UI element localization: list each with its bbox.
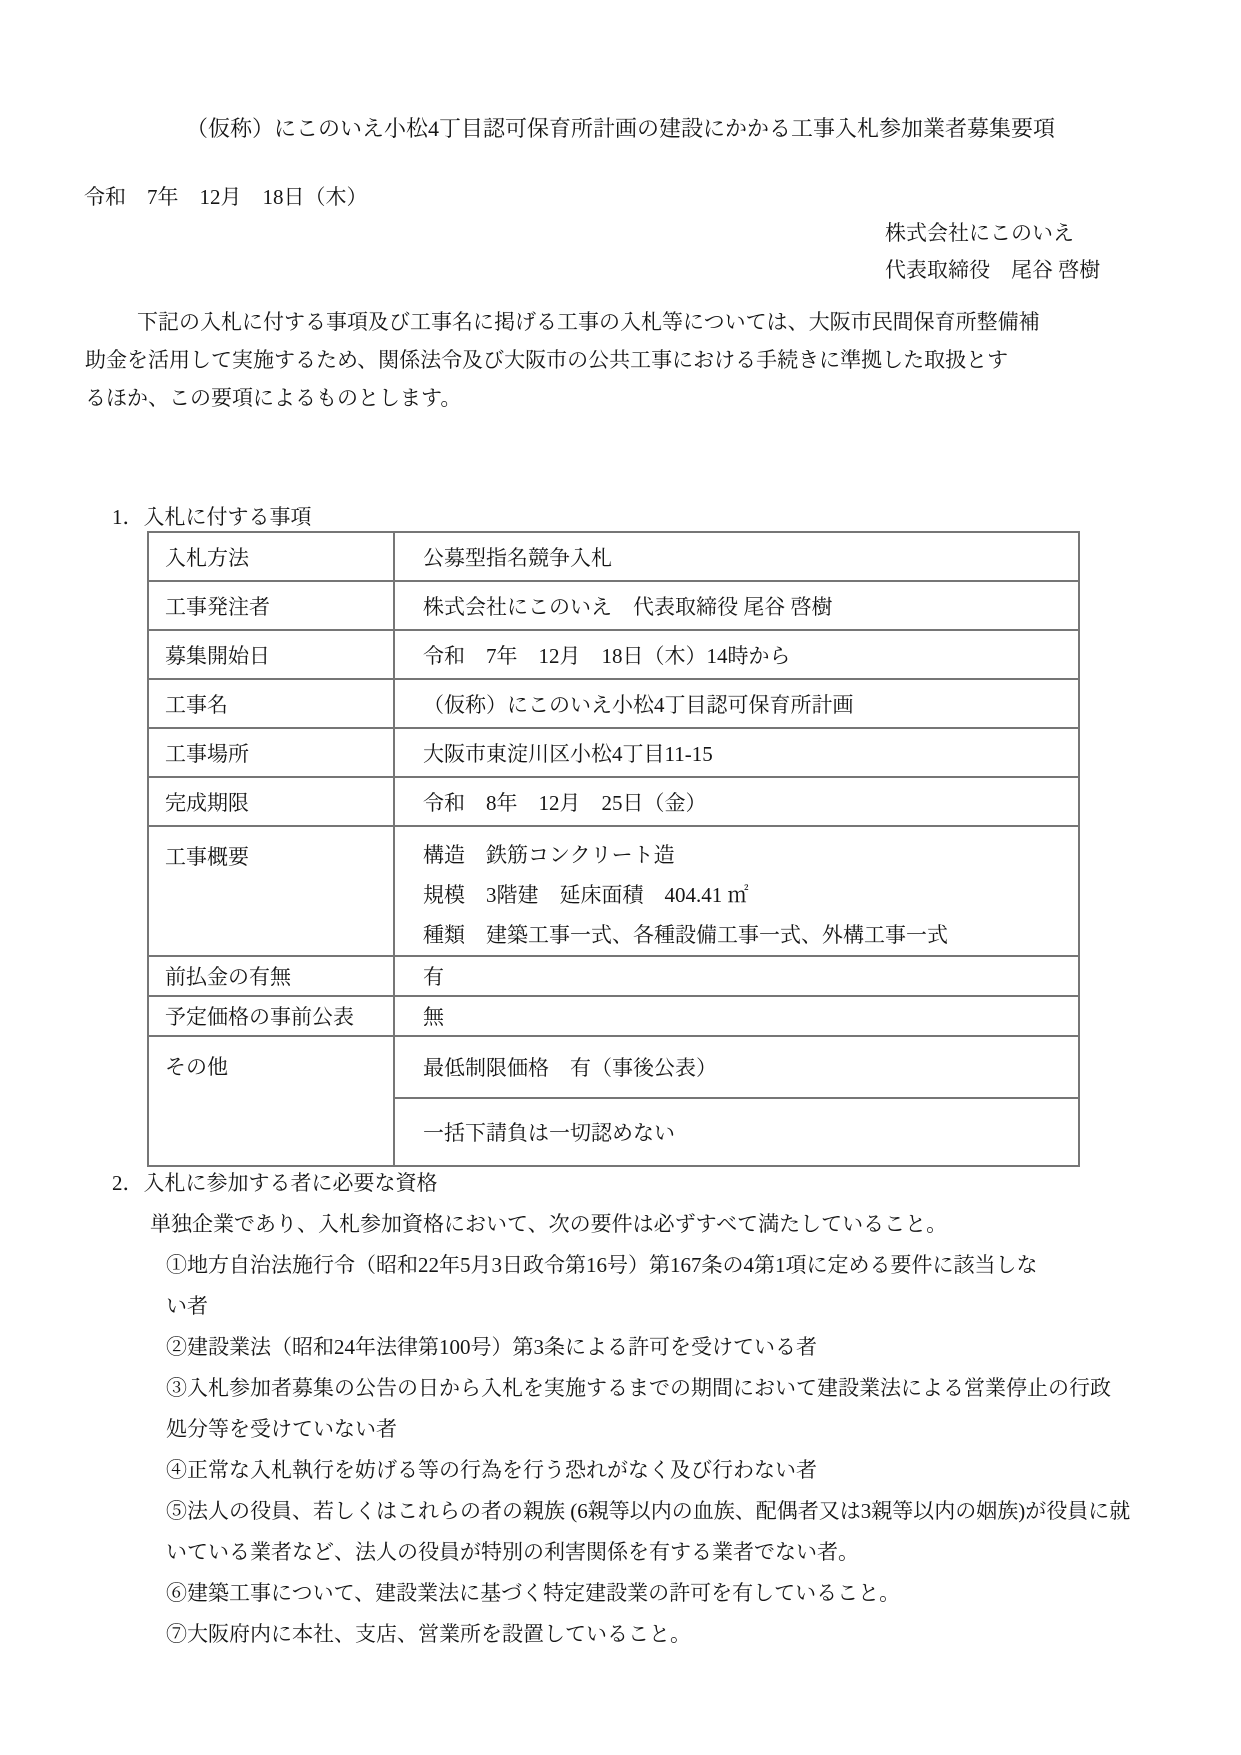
row-label: 予定価格の事前公表 (148, 996, 394, 1036)
table-row: その他 最低制限価格 有（事後公表） (148, 1036, 1079, 1098)
row-value: 令和 8年 12月 25日（金） (394, 777, 1079, 826)
intro-line: 助金を活用して実施するため、関係法令及び大阪市の公共工事における手続きに準拠した… (85, 341, 1040, 379)
row-value: （仮称）にこのいえ小松4丁目認可保育所計画 (394, 679, 1079, 728)
table-row: 工事名 （仮称）にこのいえ小松4丁目認可保育所計画 (148, 679, 1079, 728)
row-label: その他 (148, 1036, 394, 1166)
row-value: 無 (394, 996, 1079, 1036)
table-row: 工事発注者 株式会社にこのいえ 代表取締役 尾谷 啓樹 (148, 581, 1079, 630)
table-row: 募集開始日 令和 7年 12月 18日（木）14時から (148, 630, 1079, 679)
row-label: 工事名 (148, 679, 394, 728)
qualification-item: ②建設業法（昭和24年法律第100号）第3条による許可を受けている者 (166, 1327, 1130, 1368)
overview-line: 構造 鉄筋コンクリート造 (423, 835, 1070, 875)
qualification-item-continuation: 処分等を受けていない者 (166, 1409, 1130, 1450)
page-title: （仮称）にこのいえ小松4丁目認可保育所計画の建設にかかる工事入札参加業者募集要項 (0, 112, 1241, 143)
representative-name: 代表取締役 尾谷 啓樹 (885, 252, 1100, 289)
row-label: 完成期限 (148, 777, 394, 826)
row-value: 構造 鉄筋コンクリート造 規模 3階建 延床面積 404.41 ㎡ 種類 建築工… (394, 826, 1079, 956)
issuer-block: 株式会社にこのいえ 代表取締役 尾谷 啓樹 (885, 215, 1100, 289)
intro-paragraph: 下記の入札に付する事項及び工事名に掲げる工事の入札等については、大阪市民間保育所… (85, 303, 1040, 417)
document-page: （仮称）にこのいえ小松4丁目認可保育所計画の建設にかかる工事入札参加業者募集要項… (0, 0, 1241, 1755)
qualification-item-continuation: い者 (166, 1286, 1130, 1327)
row-label: 工事概要 (148, 826, 394, 956)
row-label: 工事発注者 (148, 581, 394, 630)
table-row: 前払金の有無 有 (148, 956, 1079, 996)
company-name: 株式会社にこのいえ (885, 215, 1100, 252)
row-value: 大阪市東淀川区小松4丁目11-15 (394, 728, 1079, 777)
row-value: 有 (394, 956, 1079, 996)
intro-line: 下記の入札に付する事項及び工事名に掲げる工事の入札等については、大阪市民間保育所… (85, 303, 1040, 341)
table-row: 完成期限 令和 8年 12月 25日（金） (148, 777, 1079, 826)
row-label: 前払金の有無 (148, 956, 394, 996)
table-row: 予定価格の事前公表 無 (148, 996, 1079, 1036)
section2-heading: 2．入札に参加する者に必要な資格 (112, 1163, 1130, 1204)
row-value: 最低制限価格 有（事後公表） (394, 1036, 1079, 1098)
qualification-item: ⑦大阪府内に本社、支店、営業所を設置していること。 (166, 1614, 1130, 1655)
row-label: 募集開始日 (148, 630, 394, 679)
bid-terms-table: 入札方法 公募型指名競争入札 工事発注者 株式会社にこのいえ 代表取締役 尾谷 … (147, 531, 1080, 1167)
qualification-item: ③入札参加者募集の公告の日から入札を実施するまでの期間において建設業法による営業… (166, 1368, 1130, 1409)
qualification-item: ④正常な入札執行を妨げる等の行為を行う恐れがなく及び行わない者 (166, 1450, 1130, 1491)
qualification-item: ①地方自治法施行令（昭和22年5月3日政令第16号）第167条の4第1項に定める… (166, 1245, 1130, 1286)
row-label: 工事場所 (148, 728, 394, 777)
qualification-item: ⑥建築工事について、建設業法に基づく特定建設業の許可を有していること。 (166, 1573, 1130, 1614)
overview-line: 種類 建築工事一式、各種設備工事一式、外構工事一式 (423, 915, 1070, 955)
qualification-item: ⑤法人の役員、若しくはこれらの者の親族 (6親等以内の血族、配偶者又は3親等以内… (166, 1491, 1130, 1532)
table-row: 入札方法 公募型指名競争入札 (148, 532, 1079, 581)
row-value: 公募型指名競争入札 (394, 532, 1079, 581)
qualification-item-continuation: いている業者など、法人の役員が特別の利害関係を有する業者でない者。 (166, 1532, 1130, 1573)
row-value: 令和 7年 12月 18日（木）14時から (394, 630, 1079, 679)
table-row: 工事場所 大阪市東淀川区小松4丁目11-15 (148, 728, 1079, 777)
overview-line: 規模 3階建 延床面積 404.41 ㎡ (423, 875, 1070, 915)
issue-date: 令和 7年 12月 18日（木） (84, 181, 368, 211)
row-value: 株式会社にこのいえ 代表取締役 尾谷 啓樹 (394, 581, 1079, 630)
table-row: 工事概要 構造 鉄筋コンクリート造 規模 3階建 延床面積 404.41 ㎡ 種… (148, 826, 1079, 956)
section2: 2．入札に参加する者に必要な資格 単独企業であり、入札参加資格において、次の要件… (112, 1163, 1130, 1655)
row-label: 入札方法 (148, 532, 394, 581)
section1-heading: 1．入札に付する事項 (112, 501, 312, 531)
row-value: 一括下請負は一切認めない (394, 1098, 1079, 1166)
intro-line: るほか、この要項によるものとします。 (85, 379, 1040, 417)
qualification-intro: 単独企業であり、入札参加資格において、次の要件は必ずすべて満たしていること。 (150, 1204, 1130, 1245)
